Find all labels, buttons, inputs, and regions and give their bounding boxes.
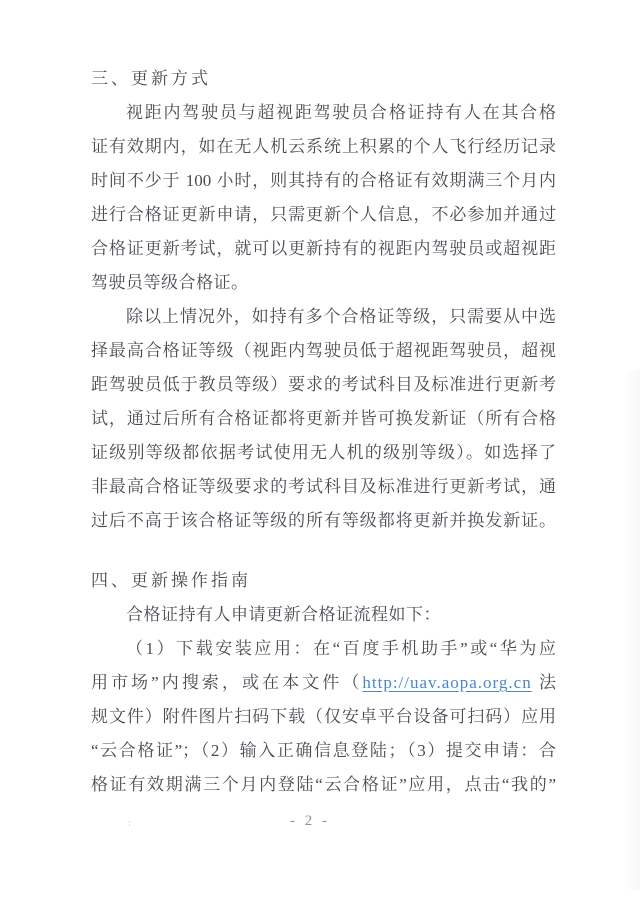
- text-line: 合格证更新考试，就可以更新持有的视距内驾驶员或超视距: [91, 232, 556, 266]
- document-page: 三、更新方式视距内驾驶员与超视距驾驶员合格证持有人在其合格证有效期内，如在无人机…: [0, 0, 640, 904]
- text-line: 非最高合格证等级要求的考试科目及标准进行更新考试，通: [91, 470, 556, 504]
- text-line: 视距内驾驶员与超视距驾驶员合格证持有人在其合格: [91, 96, 556, 130]
- text-line: 格证有效期满三个月内登陆“云合格证”应用，点击“我的”: [91, 768, 556, 802]
- text-segment: 合格证更新考试，就可以更新持有的视距内驾驶员或超视距: [91, 239, 556, 258]
- page-number: - 2 -: [0, 810, 620, 832]
- text-segment: 除以上情况外，如持有多个合格证等级，只需要从中选: [126, 307, 556, 326]
- aopa-url-link[interactable]: http://uav.aopa.org.cn: [362, 673, 531, 692]
- text-segment: （1）下载安装应用：在“百度手机助手”或“华为应: [126, 639, 556, 658]
- text-segment: 法: [532, 673, 556, 692]
- text-segment: 进行合格证更新申请，只需更新个人信息，不必参加并通过: [91, 205, 556, 224]
- scan-artifact: :: [128, 818, 131, 829]
- text-segment: 驾驶员等级合格证。: [91, 273, 249, 292]
- text-segment: “云合格证”；（2）输入正确信息登陆；（3）提交申请：合: [91, 741, 556, 760]
- text-line: “云合格证”；（2）输入正确信息登陆；（3）提交申请：合: [91, 734, 556, 768]
- text-line: 距驾驶员低于教员等级）要求的考试科目及标准进行更新考: [91, 368, 556, 402]
- section-4-heading: 四、更新操作指南: [91, 564, 556, 598]
- text-segment: 证有效期内，如在无人机云系统上积累的个人飞行经历记录: [91, 137, 556, 156]
- text-segment: 规文件）附件图片扫码下载（仅安卓平台设备可扫码）应用: [91, 707, 556, 726]
- text-line: 用市场”内搜索，或在本文件（http://uav.aopa.org.cn 法: [91, 666, 556, 700]
- text-segment: 试，通过后所有合格证都将更新并皆可换发新证（所有合格: [91, 409, 556, 428]
- text-line: 试，通过后所有合格证都将更新并皆可换发新证（所有合格: [91, 402, 556, 436]
- scan-edge-shading: [624, 370, 640, 890]
- text-line: （1）下载安装应用：在“百度手机助手”或“华为应: [91, 632, 556, 666]
- para-process-steps: （1）下载安装应用：在“百度手机助手”或“华为应用市场”内搜索，或在本文件（ht…: [91, 632, 556, 802]
- text-segment: 用市场”内搜索，或在本文件（: [91, 673, 362, 692]
- text-line: 合格证持有人申请更新合格证流程如下：: [91, 598, 556, 632]
- text-segment: 格证有效期满三个月内登陆“云合格证”应用，点击“我的”: [91, 775, 556, 794]
- text-segment: 证级别等级都依据考试使用无人机的级别等级）。如选择了: [91, 443, 556, 462]
- para-process-intro: 合格证持有人申请更新合格证流程如下：: [91, 598, 556, 632]
- section-3-heading: 三、更新方式: [91, 62, 556, 96]
- text-line: 规文件）附件图片扫码下载（仅安卓平台设备可扫码）应用: [91, 700, 556, 734]
- text-segment: 距驾驶员低于教员等级）要求的考试科目及标准进行更新考: [91, 375, 556, 394]
- text-line: 过后不高于该合格证等级的所有等级都将更新并换发新证。: [91, 504, 556, 538]
- text-line: 证级别等级都依据考试使用无人机的级别等级）。如选择了: [91, 436, 556, 470]
- para-renewal-by-exam: 除以上情况外，如持有多个合格证等级，只需要从中选择最高合格证等级（视距内驾驶员低…: [91, 300, 556, 538]
- text-segment: 视距内驾驶员与超视距驾驶员合格证持有人在其合格: [126, 103, 556, 122]
- text-line: 驾驶员等级合格证。: [91, 266, 556, 300]
- text-segment: 合格证持有人申请更新合格证流程如下：: [126, 605, 441, 624]
- text-segment: 过后不高于该合格证等级的所有等级都将更新并换发新证。: [91, 511, 556, 530]
- document-body: 三、更新方式视距内驾驶员与超视距驾驶员合格证持有人在其合格证有效期内，如在无人机…: [91, 62, 556, 802]
- text-line: 除以上情况外，如持有多个合格证等级，只需要从中选: [91, 300, 556, 334]
- para-renewal-by-experience: 视距内驾驶员与超视距驾驶员合格证持有人在其合格证有效期内，如在无人机云系统上积累…: [91, 96, 556, 300]
- text-line: 进行合格证更新申请，只需更新个人信息，不必参加并通过: [91, 198, 556, 232]
- text-line: 择最高合格证等级（视距内驾驶员低于超视距驾驶员，超视: [91, 334, 556, 368]
- text-line: 证有效期内，如在无人机云系统上积累的个人飞行经历记录: [91, 130, 556, 164]
- text-segment: 择最高合格证等级（视距内驾驶员低于超视距驾驶员，超视: [91, 341, 556, 360]
- text-line: 时间不少于 100 小时，则其持有的合格证有效期满三个月内: [91, 164, 556, 198]
- text-segment: 时间不少于 100 小时，则其持有的合格证有效期满三个月内: [91, 171, 556, 190]
- text-segment: 非最高合格证等级要求的考试科目及标准进行更新考试，通: [91, 477, 556, 496]
